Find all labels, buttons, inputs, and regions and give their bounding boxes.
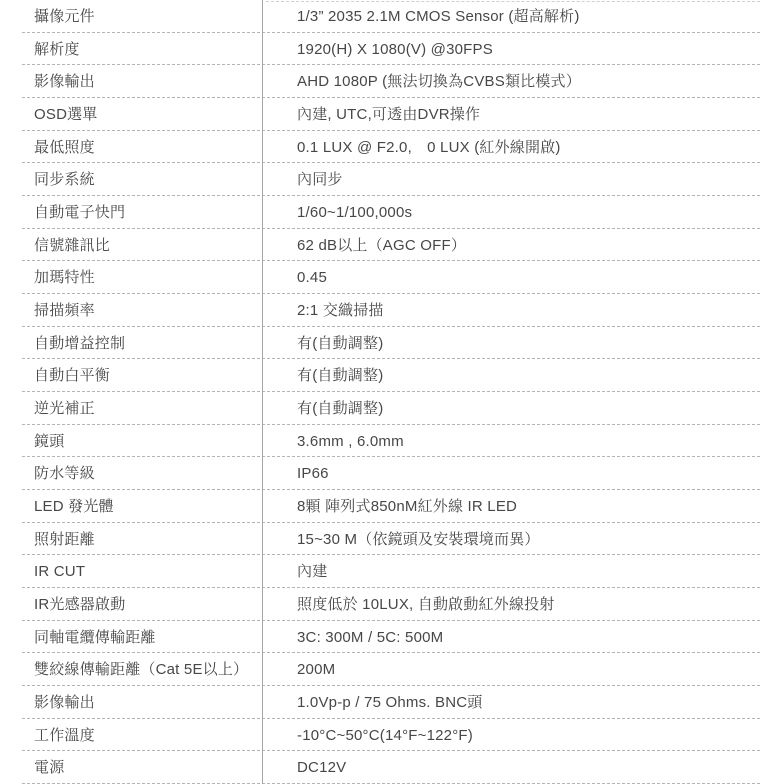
column-divider [262, 0, 263, 784]
spec-value: 0.1 LUX @ F2.0, 0 LUX (紅外線開啟) [297, 140, 561, 155]
spec-label: 影像輸出 [34, 695, 95, 710]
table-row: 信號雜訊比 62 dB以上（AGC OFF） [0, 229, 784, 262]
spec-value: 3C: 300M / 5C: 500M [297, 630, 443, 645]
table-row: LED 發光體 8顆 陣列式850nM紅外線 IR LED [0, 490, 784, 523]
top-partial-separator [266, 1, 760, 2]
spec-label: 掃描頻率 [34, 303, 95, 318]
spec-label: 自動增益控制 [34, 336, 125, 351]
spec-label: LED 發光體 [34, 499, 114, 514]
spec-value: 8顆 陣列式850nM紅外線 IR LED [297, 499, 517, 514]
spec-label: 影像輸出 [34, 74, 95, 89]
spec-value: 3.6mm , 6.0mm [297, 434, 404, 449]
spec-value: 15~30 M（依鏡頭及安裝環境而異） [297, 532, 540, 547]
spec-label: 信號雜訊比 [34, 238, 110, 253]
spec-value: 2:1 交織掃描 [297, 303, 384, 318]
spec-label: IR CUT [34, 564, 85, 579]
spec-value: DC12V [297, 760, 346, 775]
table-row: 影像輸出 1.0Vp-p / 75 Ohms. BNC頭 [0, 686, 784, 719]
table-row: OSD選單 內建, UTC,可透由DVR操作 [0, 98, 784, 131]
spec-value: 有(自動調整) [297, 368, 383, 383]
spec-label: 鏡頭 [34, 434, 64, 449]
table-row: 工作溫度 -10°C~50°C(14°F~122°F) [0, 719, 784, 752]
table-row: 加瑪特性 0.45 [0, 261, 784, 294]
table-row: 解析度 1920(H) X 1080(V) @30FPS [0, 33, 784, 66]
spec-label: 自動白平衡 [34, 368, 110, 383]
camera-spec-sheet: 攝像元件 1/3” 2035 2.1M CMOS Sensor (超高解析) 解… [0, 0, 784, 784]
spec-value: 內建 [297, 564, 327, 579]
spec-label: 雙絞線傳輸距離（Cat 5E以上） [34, 662, 248, 677]
spec-value: 0.45 [297, 270, 327, 285]
spec-label: 攝像元件 [34, 9, 95, 24]
spec-label: 逆光補正 [34, 401, 95, 416]
spec-table-body: 攝像元件 1/3” 2035 2.1M CMOS Sensor (超高解析) 解… [0, 0, 784, 784]
spec-value: 62 dB以上（AGC OFF） [297, 238, 466, 253]
table-row: 雙絞線傳輸距離（Cat 5E以上） 200M [0, 653, 784, 686]
spec-value: 1/60~1/100,000s [297, 205, 412, 220]
table-row: IR CUT 內建 [0, 555, 784, 588]
spec-label: 防水等級 [34, 466, 95, 481]
spec-value: AHD 1080P (無法切換為CVBS類比模式） [297, 74, 581, 89]
table-row: 最低照度 0.1 LUX @ F2.0, 0 LUX (紅外線開啟) [0, 131, 784, 164]
table-row: 鏡頭 3.6mm , 6.0mm [0, 425, 784, 458]
spec-label: 自動電子快門 [34, 205, 125, 220]
table-row: 影像輸出 AHD 1080P (無法切換為CVBS類比模式） [0, 65, 784, 98]
spec-label: 解析度 [34, 42, 80, 57]
spec-label: 照射距離 [34, 532, 95, 547]
spec-value: 有(自動調整) [297, 401, 383, 416]
table-row: 電源 DC12V [0, 751, 784, 784]
spec-value: 內同步 [297, 172, 343, 187]
spec-value: -10°C~50°C(14°F~122°F) [297, 728, 473, 743]
spec-value: IP66 [297, 466, 329, 481]
table-row: 自動電子快門 1/60~1/100,000s [0, 196, 784, 229]
spec-label: 加瑪特性 [34, 270, 95, 285]
spec-value: 照度低於 10LUX, 自動啟動紅外線投射 [297, 597, 555, 612]
table-row: IR光感器啟動 照度低於 10LUX, 自動啟動紅外線投射 [0, 588, 784, 621]
spec-value: 200M [297, 662, 335, 677]
spec-label: 工作溫度 [34, 728, 95, 743]
table-row: 防水等級 IP66 [0, 457, 784, 490]
spec-value: 1.0Vp-p / 75 Ohms. BNC頭 [297, 695, 483, 710]
spec-label: OSD選單 [34, 107, 98, 122]
table-row: 同步系統 內同步 [0, 163, 784, 196]
table-row: 攝像元件 1/3” 2035 2.1M CMOS Sensor (超高解析) [0, 0, 784, 33]
table-row: 自動白平衡 有(自動調整) [0, 359, 784, 392]
spec-label: 同軸電纜傳輸距離 [34, 630, 156, 645]
spec-label: IR光感器啟動 [34, 597, 125, 612]
spec-label: 電源 [34, 760, 64, 775]
spec-value: 內建, UTC,可透由DVR操作 [297, 107, 480, 122]
table-row: 照射距離 15~30 M（依鏡頭及安裝環境而異） [0, 523, 784, 556]
spec-label: 同步系統 [34, 172, 95, 187]
table-row: 自動增益控制 有(自動調整) [0, 327, 784, 360]
table-row: 同軸電纜傳輸距離 3C: 300M / 5C: 500M [0, 621, 784, 654]
spec-value: 1/3” 2035 2.1M CMOS Sensor (超高解析) [297, 9, 580, 24]
spec-label: 最低照度 [34, 140, 95, 155]
spec-value: 1920(H) X 1080(V) @30FPS [297, 42, 493, 57]
spec-value: 有(自動調整) [297, 336, 383, 351]
table-row: 逆光補正 有(自動調整) [0, 392, 784, 425]
table-row: 掃描頻率 2:1 交織掃描 [0, 294, 784, 327]
